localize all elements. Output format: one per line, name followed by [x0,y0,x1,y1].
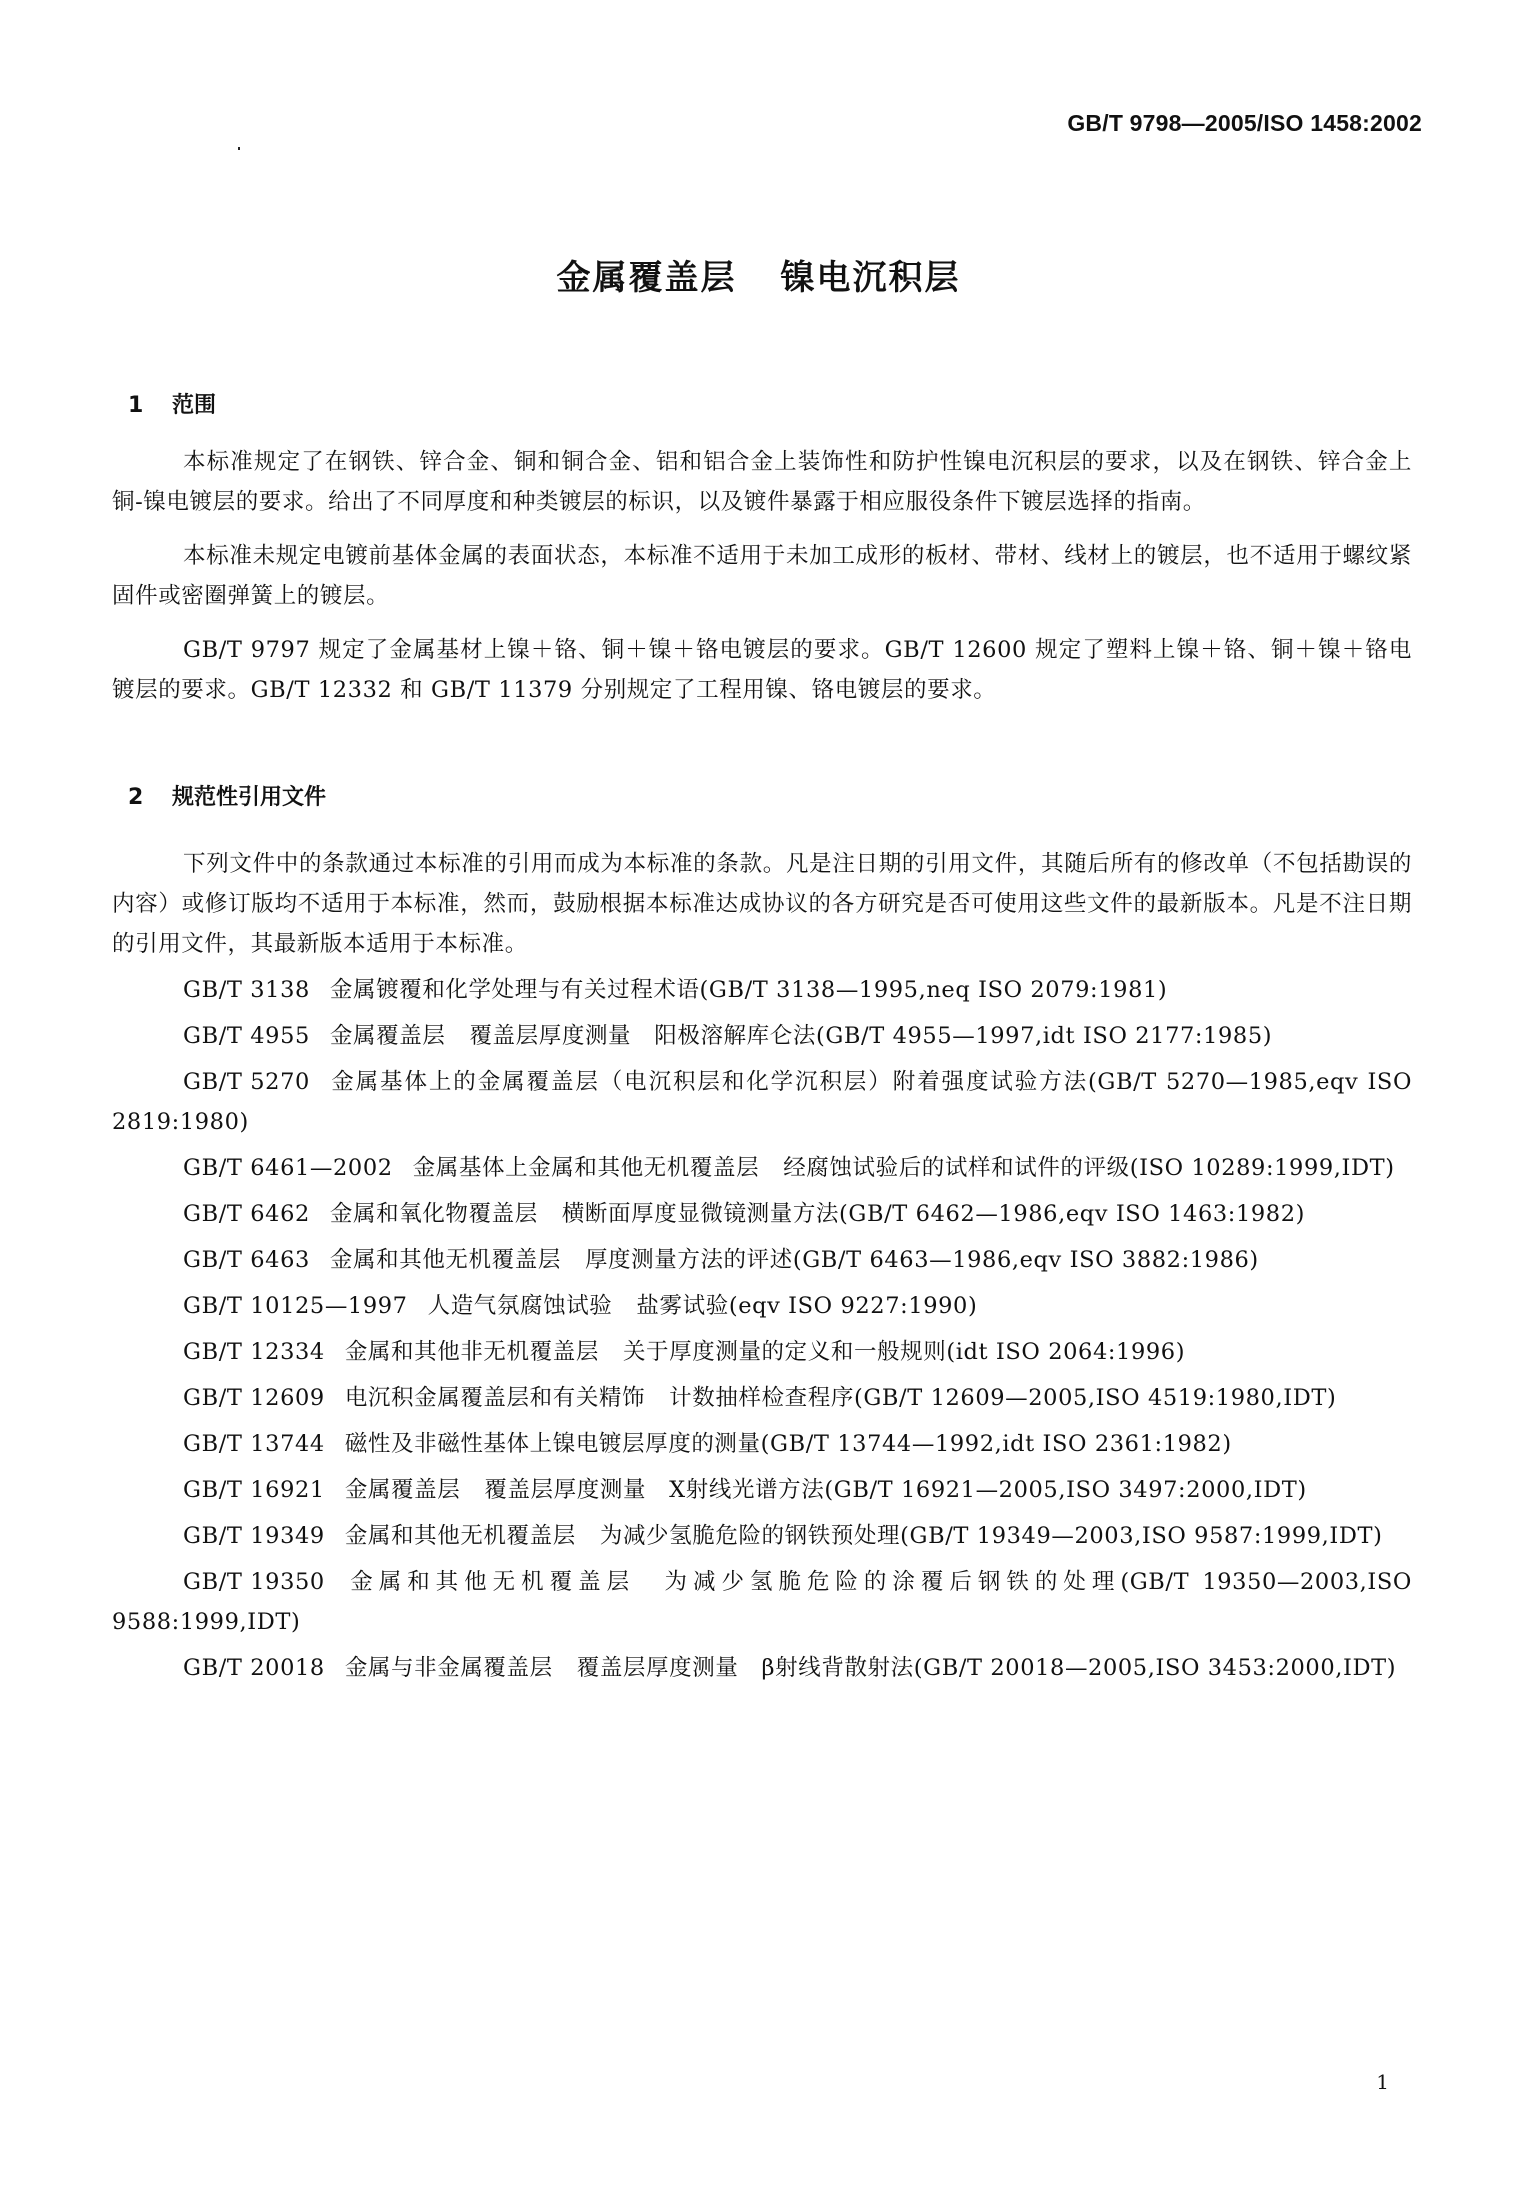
reference-note: (GB/T 20018—2005,ISO 3453:2000,IDT) [914,1655,1396,1681]
reference-title: 人造气氛腐蚀试验 [428,1293,613,1319]
reference-item: GB/T 3138金属镀覆和化学处理与有关过程术语(GB/T 3138—1995… [112,970,1412,1010]
reference-item: GB/T 6462金属和氧化物覆盖层横断面厚度显微镜测量方法(GB/T 6462… [112,1194,1412,1234]
reference-subtitle: 覆盖层厚度测量 阳极溶解库仑法 [469,1023,816,1049]
reference-code: GB/T 6462 [183,1194,310,1234]
reference-item: GB/T 12334金属和其他非无机覆盖层关于厚度测量的定义和一般规则(idt … [112,1332,1412,1372]
reference-title: 金属和其他无机覆盖层 [330,1247,561,1273]
reference-subtitle: 为减少氢脆危险的涂覆后钢铁的处理 [659,1569,1120,1595]
reference-item: GB/T 10125—1997人造气氛腐蚀试验盐雾试验(eqv ISO 9227… [112,1286,1412,1326]
reference-note: (GB/T 3138—1995,neq ISO 2079:1981) [700,977,1168,1003]
reference-note: (GB/T 4955—1997,idt ISO 2177:1985) [816,1023,1272,1049]
reference-item: GB/T 5270金属基体上的金属覆盖层（电沉积层和化学沉积层）附着强度试验方法… [112,1062,1412,1142]
section-title: 规范性引用文件 [172,785,326,810]
reference-item: GB/T 19349金属和其他无机覆盖层为减少氢脆危险的钢铁预处理(GB/T 1… [112,1516,1412,1556]
reference-subtitle: 盐雾试验 [636,1293,728,1319]
reference-item: GB/T 4955金属覆盖层覆盖层厚度测量 阳极溶解库仑法(GB/T 4955—… [112,1016,1412,1056]
reference-subtitle: 覆盖层厚度测量 β射线背散射法 [577,1655,914,1681]
reference-item: GB/T 6461—2002金属基体上金属和其他无机覆盖层经腐蚀试验后的试样和试… [112,1148,1412,1188]
reference-title: 金属基体上金属和其他无机覆盖层 [413,1155,760,1181]
reference-code: GB/T 20018 [183,1648,325,1688]
reference-subtitle: 横断面厚度显微镜测量方法 [562,1201,839,1227]
reference-subtitle: 经腐蚀试验后的试样和试件的评级 [783,1155,1130,1181]
section-2-body: 下列文件中的条款通过本标准的引用而成为本标准的条款。凡是注日期的引用文件，其随后… [112,844,1412,1688]
reference-code: GB/T 5270 [183,1062,310,1102]
scan-speck [238,147,240,150]
reference-code: GB/T 16921 [183,1470,325,1510]
reference-item: GB/T 12609电沉积金属覆盖层和有关精饰计数抽样检查程序(GB/T 126… [112,1378,1412,1418]
reference-title: 金属覆盖层 [330,1023,446,1049]
scope-paragraph-2: 本标准未规定电镀前基体金属的表面状态，本标准不适用于未加工成形的板材、带材、线材… [112,536,1412,616]
reference-item: GB/T 20018金属与非金属覆盖层覆盖层厚度测量 β射线背散射法(GB/T … [112,1648,1412,1688]
reference-code: GB/T 13744 [183,1424,325,1464]
reference-title: 磁性及非磁性基体上镍电镀层厚度的测量 [345,1431,761,1457]
reference-note: (idt ISO 2064:1996) [946,1339,1185,1365]
standard-number-header: GB/T 9798—2005/ISO 1458:2002 [1067,110,1422,137]
reference-title: 金属与非金属覆盖层 [345,1655,553,1681]
reference-note: (ISO 10289:1999,IDT) [1130,1155,1395,1181]
section-1-body: 本标准规定了在钢铁、锌合金、铜和铜合金、铝和铝合金上装饰性和防护性镍电沉积层的要… [112,442,1412,710]
reference-item: GB/T 19350金属和其他无机覆盖层为减少氢脆危险的涂覆后钢铁的处理(GB/… [112,1562,1412,1642]
reference-note: (GB/T 6462—1986,eqv ISO 1463:1982) [839,1201,1305,1227]
reference-title: 金属基体上的金属覆盖层（电沉积层和化学沉积层）附着强度试验方法 [330,1069,1088,1095]
reference-note: (eqv ISO 9227:1990) [729,1293,978,1319]
reference-subtitle: 为减少氢脆危险的钢铁预处理 [600,1523,900,1549]
reference-subtitle: 关于厚度测量的定义和一般规则 [623,1339,946,1365]
reference-title: 金属和其他无机覆盖层 [345,1523,576,1549]
reference-note: (GB/T 6463—1986,eqv ISO 3882:1986) [793,1247,1259,1273]
reference-note: (GB/T 16921—2005,ISO 3497:2000,IDT) [824,1477,1306,1503]
scope-paragraph-1: 本标准规定了在钢铁、锌合金、铜和铜合金、铝和铝合金上装饰性和防护性镍电沉积层的要… [112,442,1412,522]
reference-code: GB/T 12609 [183,1378,325,1418]
section-number: 1 [128,393,172,418]
reference-code: GB/T 10125—1997 [183,1286,408,1326]
reference-code: GB/T 19349 [183,1516,325,1556]
reference-code: GB/T 12334 [183,1332,325,1372]
reference-title: 电沉积金属覆盖层和有关精饰 [345,1385,645,1411]
reference-code: GB/T 4955 [183,1016,310,1056]
reference-item: GB/T 13744磁性及非磁性基体上镍电镀层厚度的测量(GB/T 13744—… [112,1424,1412,1464]
reference-title: 金属和其他无机覆盖层 [345,1569,635,1595]
reference-title: 金属镀覆和化学处理与有关过程术语 [330,977,700,1003]
reference-title: 金属覆盖层 [345,1477,461,1503]
reference-code: GB/T 3138 [183,970,310,1010]
reference-subtitle: 厚度测量方法的评述 [585,1247,793,1273]
reference-code: GB/T 19350 [183,1562,325,1602]
title-part-2: 镍电沉积层 [781,258,961,298]
reference-note: (GB/T 19349—2003,ISO 9587:1999,IDT) [900,1523,1382,1549]
section-title: 范围 [172,393,216,418]
reference-item: GB/T 6463金属和其他无机覆盖层厚度测量方法的评述(GB/T 6463—1… [112,1240,1412,1280]
section-heading-scope: 1范围 [128,388,216,419]
reference-title: 金属和其他非无机覆盖层 [345,1339,599,1365]
reference-code: GB/T 6461—2002 [183,1148,393,1188]
reference-title: 金属和氧化物覆盖层 [330,1201,538,1227]
scope-paragraph-3: GB/T 9797 规定了金属基材上镍＋铬、铜＋镍＋铬电镀层的要求。GB/T 1… [112,630,1412,710]
section-heading-normative-references: 2规范性引用文件 [128,780,326,811]
reference-subtitle: 覆盖层厚度测量 X射线光谱方法 [484,1477,824,1503]
reference-note: (GB/T 13744—1992,idt ISO 2361:1982) [761,1431,1232,1457]
reference-item: GB/T 16921金属覆盖层覆盖层厚度测量 X射线光谱方法(GB/T 1692… [112,1470,1412,1510]
reference-code: GB/T 6463 [183,1240,310,1280]
section-number: 2 [128,785,172,810]
document-title: 金属覆盖层镍电沉积层 [0,250,1517,299]
page-number: 1 [1376,2070,1389,2094]
reference-subtitle: 计数抽样检查程序 [669,1385,854,1411]
references-intro: 下列文件中的条款通过本标准的引用而成为本标准的条款。凡是注日期的引用文件，其随后… [112,844,1412,964]
reference-note: (GB/T 12609—2005,ISO 4519:1980,IDT) [854,1385,1336,1411]
title-part-1: 金属覆盖层 [557,258,737,298]
